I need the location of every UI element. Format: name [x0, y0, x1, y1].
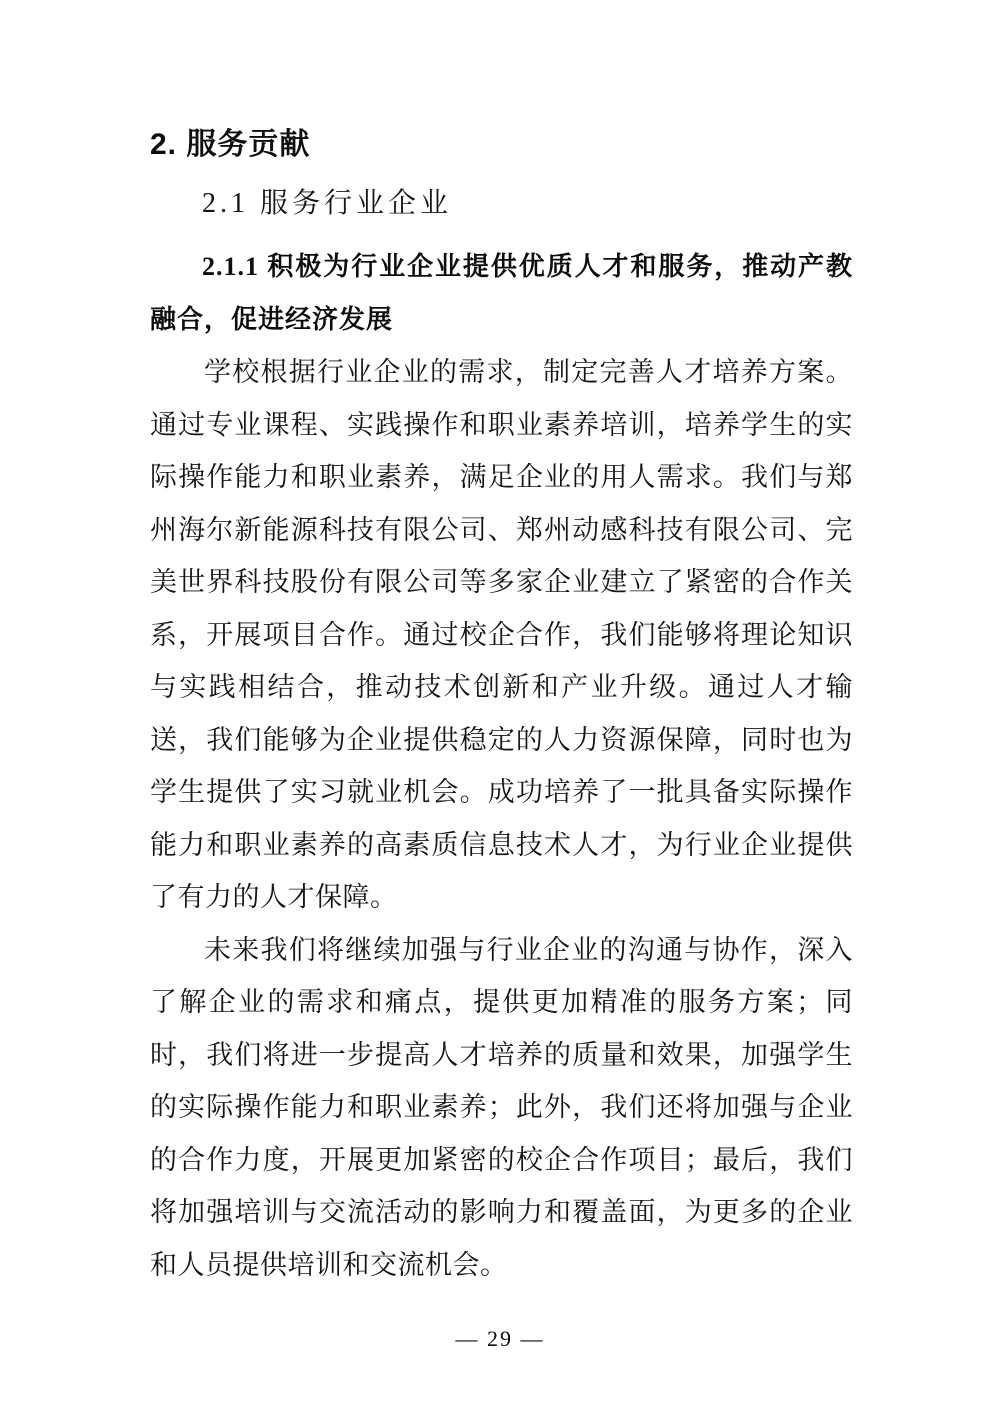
- section-heading: 2. 服务贡献: [150, 128, 853, 162]
- body-paragraph-2: 未来我们将继续加强与行业企业的沟通与协作，深入了解企业的需求和痛点，提供更加精准…: [150, 924, 853, 1292]
- document-body: 2. 服务贡献 2.1 服务行业企业 2.1.1 积极为行业企业提供优质人才和服…: [150, 128, 853, 1291]
- document-page: 2. 服务贡献 2.1 服务行业企业 2.1.1 积极为行业企业提供优质人才和服…: [0, 0, 1000, 1414]
- page-number: — 29 —: [0, 1326, 1000, 1352]
- subsection-heading: 2.1 服务行业企业: [150, 188, 853, 220]
- body-paragraph-1: 学校根据行业企业的需求，制定完善人才培养方案。通过专业课程、实践操作和职业素养培…: [150, 346, 853, 924]
- subsubsection-heading: 2.1.1 积极为行业企业提供优质人才和服务，推动产教融合，促进经济发展: [150, 240, 853, 346]
